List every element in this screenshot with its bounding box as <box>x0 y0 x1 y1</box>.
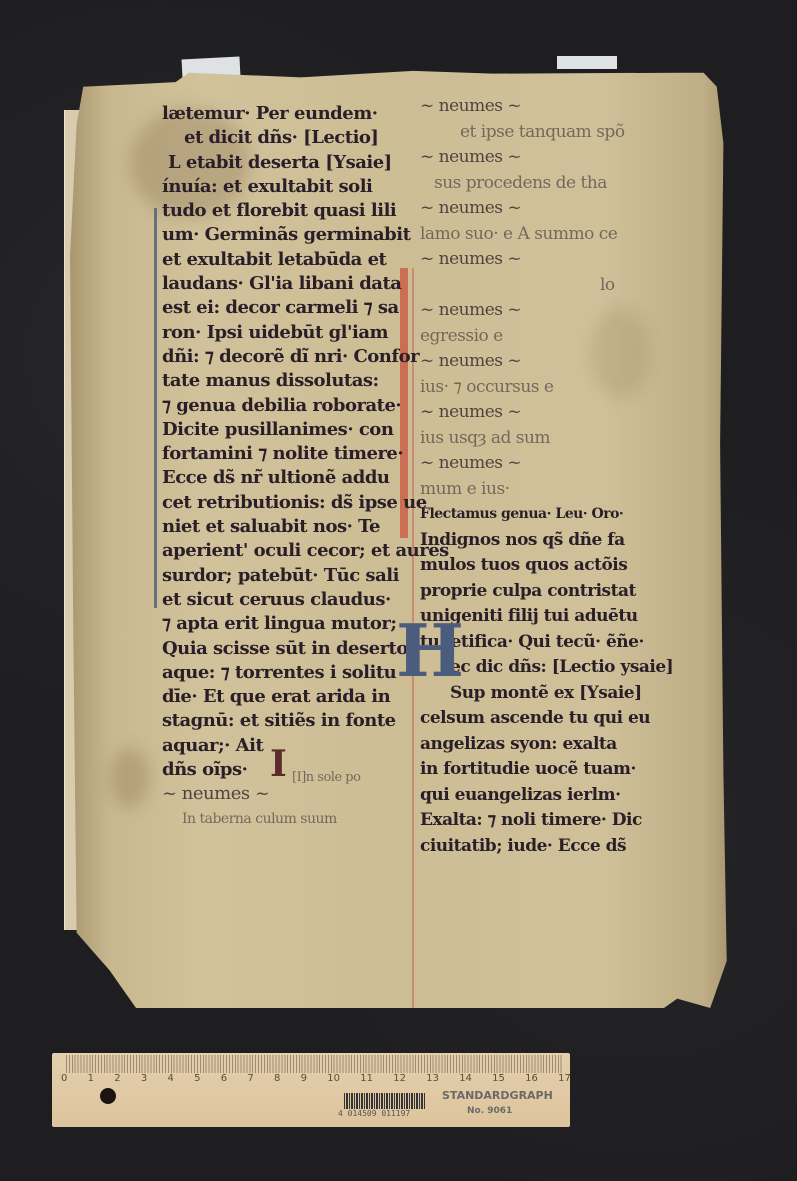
ruler-label: 2 <box>114 1073 120 1084</box>
music-neumes: ~ neumes ~ <box>420 400 673 426</box>
ruler-label: 6 <box>221 1073 227 1084</box>
ruler-label: 14 <box>459 1073 472 1084</box>
text-line: lo <box>420 273 673 299</box>
text-line: dñi: ⁊ decorẽ dĩ nri· Confor <box>162 345 449 369</box>
chant-fragment: [I]n sole po <box>292 770 360 785</box>
music-neumes: ~ neumes ~ <box>420 94 673 120</box>
ruler-label: 11 <box>360 1073 373 1084</box>
text-line: ínuía: et exultabit soli <box>162 175 449 199</box>
ruler-label: 3 <box>141 1073 147 1084</box>
text-line: stagnū: et sitiẽs in fonte <box>162 709 449 733</box>
ruler-labels: 0 1 2 3 4 5 6 7 8 9 10 11 12 13 14 15 16… <box>61 1073 571 1084</box>
music-neumes: ~ neumes ~ <box>420 298 673 324</box>
manuscript-leaf: lætemur· Per eundem· et dicit dñs· [Lect… <box>70 68 730 1008</box>
initial-letter-h: H <box>396 608 464 693</box>
left-column: lætemur· Per eundem· et dicit dñs· [Lect… <box>162 102 449 831</box>
ruler-label: 0 <box>61 1073 67 1084</box>
text-line: Dicite pusillanimes· con <box>162 418 449 442</box>
text-line: tudo et florebit quasi lili <box>162 199 449 223</box>
text-line: surdor; patebūt· Tūc sali <box>162 564 449 588</box>
ruler-label: 1 <box>88 1073 94 1084</box>
right-column: ~ neumes ~ et ipse tanquam spõ ~ neumes … <box>420 94 673 859</box>
tape-right <box>557 56 617 69</box>
text-line: Indignos nos qs̃ dñe fa <box>420 528 673 554</box>
ruler-label: 17 <box>558 1073 571 1084</box>
music-neumes: ~ neumes ~ <box>420 451 673 477</box>
text-line: lætemur· Per eundem· <box>162 102 449 126</box>
text-line: mulos tuos quos actõis <box>420 553 673 579</box>
stain <box>110 748 150 808</box>
rubric-line: Flectamus genua· Leu· Oro· <box>420 502 673 528</box>
text-line: et ipse tanquam spõ <box>420 120 673 146</box>
text-line: angelizas syon: exalta <box>420 732 673 758</box>
text-line: ius· ⁊ occursus e <box>420 375 673 401</box>
ruler-model: No. 9061 <box>467 1106 512 1116</box>
text-line: in fortitudie uocẽ tuam· <box>420 757 673 783</box>
margin-rule-blue <box>154 208 157 608</box>
ruler-label: 12 <box>393 1073 406 1084</box>
ruler-label: 4 <box>168 1073 174 1084</box>
ruler-hole <box>100 1088 116 1104</box>
music-neumes: ~ neumes ~ <box>420 349 673 375</box>
text-line: sus procedens de tha <box>420 171 673 197</box>
ruler-label: 9 <box>301 1073 307 1084</box>
text-line: ciuitatib; iude· Ecce ds̃ <box>420 834 673 860</box>
ruler-label: 5 <box>194 1073 200 1084</box>
text-line: um· Germinãs germinabit <box>162 223 449 247</box>
barcode-number: 4 014509 011197 <box>338 1109 410 1118</box>
text-line: In taberna culum suum <box>162 807 449 831</box>
initial-letter-i: I <box>270 743 287 785</box>
text-line: cet retributionis: ds̃ ipse ue <box>162 491 449 515</box>
music-neumes: ~ neumes ~ <box>420 247 673 273</box>
ruler-label: 13 <box>426 1073 439 1084</box>
ruler-label: 10 <box>327 1073 340 1084</box>
text-line: ron· Ipsi uidebūt gl'iam <box>162 321 449 345</box>
text-line: niet et saluabit nos· Te <box>162 515 449 539</box>
ruler-brand: STANDARDGRAPH <box>442 1089 553 1102</box>
ruler-label: 8 <box>274 1073 280 1084</box>
music-neumes: ~ neumes ~ <box>162 782 449 806</box>
text-line: celsum ascende tu qui eu <box>420 706 673 732</box>
text-line: laudans· Gl'ia libani data <box>162 272 449 296</box>
music-neumes: ~ neumes ~ <box>420 145 673 171</box>
text-line: Exalta: ⁊ noli timere· Dic <box>420 808 673 834</box>
ruler-label: 15 <box>492 1073 505 1084</box>
ruler-label: 7 <box>247 1073 253 1084</box>
ruler-ticks <box>66 1055 562 1073</box>
text-line: proprie culpa contristat <box>420 579 673 605</box>
text-line: L etabit deserta [Ysaie] <box>162 151 449 175</box>
ruler-label: 16 <box>525 1073 538 1084</box>
text-line: egressio e <box>420 324 673 350</box>
text-line: aperient' oculi cecor; et aures <box>162 539 449 563</box>
text-line: et dicit dñs· [Lectio] <box>162 126 449 150</box>
text-line: ⁊ genua debilia roborate· <box>162 394 449 418</box>
text-line: lamo suo· e A summo ce <box>420 222 673 248</box>
text-line: est ei: decor carmeli ⁊ sa <box>162 296 449 320</box>
text-line: fortamini ⁊ nolite timere· <box>162 442 449 466</box>
scale-ruler: 0 1 2 3 4 5 6 7 8 9 10 11 12 13 14 15 16… <box>52 1053 570 1127</box>
music-neumes: ~ neumes ~ <box>420 196 673 222</box>
text-line: et exultabit letabūda et <box>162 248 449 272</box>
text-line: mum e ius· <box>420 477 673 503</box>
text-line: ius usqȝ ad sum <box>420 426 673 452</box>
text-line: qui euangelizas ierlm· <box>420 783 673 809</box>
text-line: tate manus dissolutas: <box>162 369 449 393</box>
text-line: Ecce ds̃ nr̃ ultionẽ addu <box>162 466 449 490</box>
text-line: aquar;· Ait <box>162 734 449 758</box>
barcode-icon <box>344 1093 426 1109</box>
